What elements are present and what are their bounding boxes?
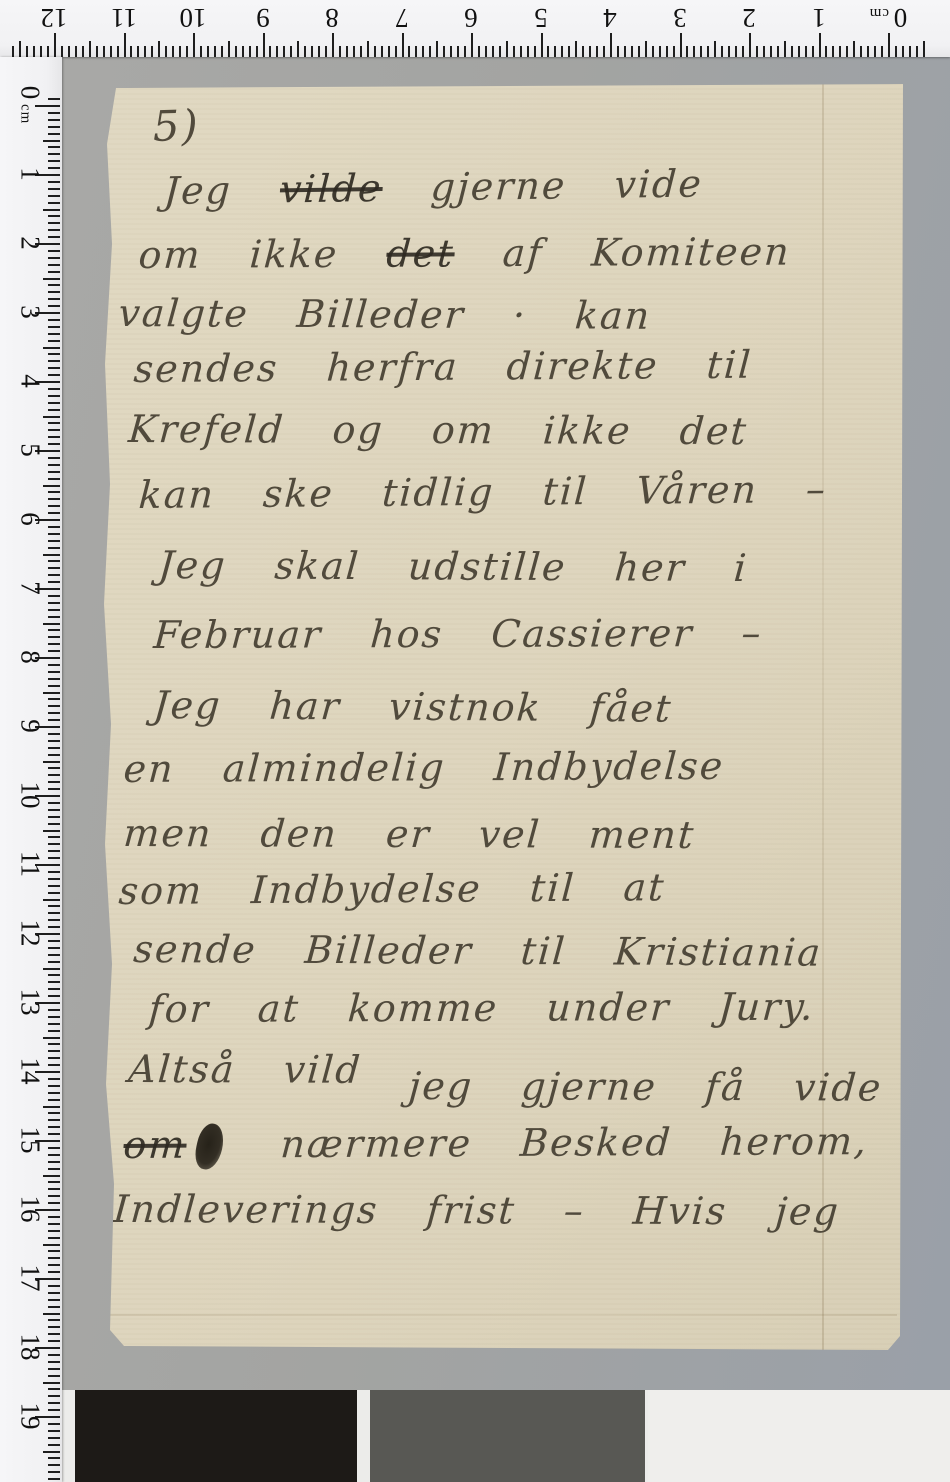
letter-text: for at komme under Jury.: [147, 985, 816, 1031]
ruler-tick: [311, 46, 313, 57]
ruler-tick: [48, 429, 60, 431]
ruler-tick: [48, 188, 60, 190]
ruler-tick: [582, 46, 584, 57]
ruler-number: 18: [15, 1334, 46, 1361]
ruler-tick: [48, 733, 60, 735]
ruler-tick: [48, 1464, 60, 1466]
ruler-tick: [165, 46, 167, 57]
ruler-tick: [770, 46, 772, 57]
ruler-tick: [325, 46, 327, 57]
ruler-tick: [48, 1237, 60, 1239]
ruler-tick: [596, 46, 598, 57]
ruler-tick: [48, 1147, 60, 1149]
ruler-tick: [48, 636, 60, 638]
ruler-number: 3: [673, 2, 687, 33]
ruler-tick: [48, 961, 60, 963]
ruler-tick: [276, 46, 278, 57]
ruler-tick: [763, 46, 765, 57]
ruler-tick: [48, 1264, 60, 1266]
calibration-strip: [62, 1390, 950, 1482]
letter-text: valgte Billeder · kan: [117, 291, 653, 338]
ruler-tick: [43, 692, 60, 694]
ruler-number: 12: [41, 2, 68, 33]
ruler-number: 2: [15, 236, 46, 250]
ruler-tick: [48, 326, 60, 328]
ruler-tick: [485, 46, 487, 57]
ruler-tick: [269, 46, 271, 57]
page-number: 5): [152, 104, 201, 148]
ruler-tick: [666, 46, 668, 57]
ruler-tick: [48, 1133, 60, 1135]
horizontal-fold-crease: [106, 1314, 897, 1316]
ruler-tick: [48, 1057, 60, 1059]
letter-text: Indleverings frist – Hvis jeg: [112, 1187, 842, 1234]
ruler-tick: [534, 46, 536, 57]
ruler-tick: [43, 968, 60, 970]
ruler-tick: [124, 33, 126, 57]
ruler-tick: [48, 422, 60, 424]
ruler-tick: [48, 153, 60, 155]
ruler-tick: [89, 41, 91, 57]
letter-text: sende Billeder til Kristiania: [132, 927, 824, 975]
ruler-tick: [48, 146, 60, 148]
ruler-tick: [339, 46, 341, 57]
ruler-tick: [110, 46, 112, 57]
ruler-tick: [48, 643, 60, 645]
ruler-tick: [48, 581, 60, 583]
ruler-tick: [48, 547, 60, 549]
ruler-tick: [48, 333, 60, 335]
ruler-tick: [888, 33, 890, 57]
ruler-tick: [82, 46, 84, 57]
ruler-tick: [48, 567, 60, 569]
ruler-tick: [346, 46, 348, 57]
letter-line: om ikke det af Komiteen: [138, 233, 792, 274]
ruler-tick: [48, 1257, 60, 1259]
ruler-tick: [48, 595, 60, 597]
ruler-number: 4: [603, 2, 617, 33]
ruler-tick: [48, 222, 60, 224]
ruler-tick: [48, 395, 60, 397]
ruler-tick: [693, 46, 695, 57]
ruler-tick: [902, 46, 904, 57]
ruler-tick: [48, 1202, 60, 1204]
ruler-tick: [48, 388, 60, 390]
ruler-tick: [48, 698, 60, 700]
ruler-tick: [48, 1368, 60, 1370]
ruler-tick: [48, 1292, 60, 1294]
ruler-tick: [43, 1382, 60, 1384]
ruler-tick: [235, 46, 237, 57]
ruler-tick: [207, 46, 209, 57]
ruler-tick: [48, 98, 60, 100]
ruler-tick: [48, 747, 60, 749]
ruler-number: 0 cm: [15, 86, 46, 125]
ruler-tick: [659, 46, 661, 57]
ruler-tick: [19, 41, 21, 57]
ruler-tick: [48, 250, 60, 252]
ruler-tick: [48, 353, 60, 355]
ruler-tick: [48, 540, 60, 542]
letter-text: sendes herfra direkte til: [132, 343, 753, 391]
ruler-number: 1: [812, 2, 826, 33]
ruler-tick: [48, 1009, 60, 1011]
ruler-tick: [48, 436, 60, 438]
ruler-tick: [48, 457, 60, 459]
ruler-tick: [48, 740, 60, 742]
letter-line: Februar hos Cassierer –: [152, 614, 763, 654]
ruler-tick: [43, 1244, 60, 1246]
ruler-number: 8: [15, 650, 46, 664]
ruler-tick: [48, 1181, 60, 1183]
ruler-tick: [48, 133, 60, 135]
ruler-tick: [48, 671, 60, 673]
ruler-tick: [429, 46, 431, 57]
ruler-tick: [48, 802, 60, 804]
ruler-tick: [48, 926, 60, 928]
ruler-tick: [402, 33, 404, 57]
ruler-tick: [686, 46, 688, 57]
ruler-tick: [48, 181, 60, 183]
ruler-tick: [707, 46, 709, 57]
ruler-tick: [48, 616, 60, 618]
ruler-tick: [48, 919, 60, 921]
letter-line: Jeg har vistnok fået: [152, 686, 674, 728]
ruler-tick: [61, 46, 63, 57]
ruler-tick: [48, 1188, 60, 1190]
ruler-tick: [26, 46, 28, 57]
ruler-tick: [48, 367, 60, 369]
ruler-tick: [48, 629, 60, 631]
ruler-tick: [360, 46, 362, 57]
ruler-tick: [48, 857, 60, 859]
ruler-tick: [68, 46, 70, 57]
ruler-tick: [48, 1285, 60, 1287]
ruler-tick: [48, 119, 60, 121]
ruler-tick: [48, 298, 60, 300]
ruler-tick: [48, 1478, 60, 1480]
ruler-tick: [492, 46, 494, 57]
letter-text: Altså vild: [127, 1047, 412, 1092]
ruler-number: 9: [256, 2, 270, 33]
ruler-tick: [846, 46, 848, 57]
ruler-tick: [48, 823, 60, 825]
ruler-number: 10: [180, 2, 207, 33]
ruler-tick: [130, 46, 132, 57]
letter-line: Jeg skal udstille her i: [157, 546, 749, 587]
ruler-tick: [756, 46, 758, 57]
ruler-tick: [48, 1216, 60, 1218]
ruler-tick: [48, 1430, 60, 1432]
ruler-number: 13: [15, 989, 46, 1016]
ruler-tick: [721, 46, 723, 57]
calibration-patch-dark-gray: [370, 1390, 645, 1482]
ruler-tick: [48, 1326, 60, 1328]
ruler-tick: [43, 1313, 60, 1315]
ruler-tick: [48, 1230, 60, 1232]
letter-line: Krefeld og om ikke det: [127, 410, 749, 450]
ruler-tick: [137, 46, 139, 57]
ruler-tick: [48, 1195, 60, 1197]
ruler-tick: [48, 816, 60, 818]
ruler-tick: [48, 947, 60, 949]
ruler-tick: [48, 878, 60, 880]
ruler-tick: [43, 761, 60, 763]
ruler-tick: [48, 1043, 60, 1045]
ruler-number: 11: [15, 851, 46, 877]
ruler-tick: [200, 46, 202, 57]
ruler-tick: [54, 33, 56, 57]
ruler-tick: [48, 236, 60, 238]
ruler-tick: [48, 291, 60, 293]
ruler-tick: [381, 46, 383, 57]
ruler-tick: [48, 257, 60, 259]
ruler-tick: [895, 46, 897, 57]
ruler-tick: [186, 46, 188, 57]
ruler-tick: [791, 46, 793, 57]
ruler-tick: [290, 46, 292, 57]
ruler-tick: [47, 46, 49, 57]
ruler-tick: [415, 46, 417, 57]
ruler-tick: [43, 1451, 60, 1453]
ruler-tick: [48, 478, 60, 480]
ruler-tick: [48, 988, 60, 990]
ruler-tick: [48, 788, 60, 790]
ruler-tick: [48, 284, 60, 286]
ruler-tick: [575, 41, 577, 57]
ruler-tick: [652, 46, 654, 57]
ruler-tick: [48, 1319, 60, 1321]
crossed-out-word: om: [122, 1123, 188, 1167]
ruler-tick: [909, 46, 911, 57]
ruler-tick: [12, 46, 14, 57]
ruler-tick: [43, 1037, 60, 1039]
ruler-tick: [48, 678, 60, 680]
ruler-tick: [916, 46, 918, 57]
ruler-number: 16: [15, 1196, 46, 1223]
ruler-tick: [832, 46, 834, 57]
ruler-tick: [179, 46, 181, 57]
ruler-tick: [48, 602, 60, 604]
ruler-tick: [48, 1388, 60, 1390]
ruler-tick: [48, 1402, 60, 1404]
ruler-tick: [43, 416, 60, 418]
ruler-tick: [48, 1078, 60, 1080]
ruler-tick: [48, 1271, 60, 1273]
ruler-tick: [249, 46, 251, 57]
letter-text: jeg gjerne få vide: [407, 1067, 884, 1107]
ruler-tick: [48, 126, 60, 128]
letter-line: sende Billeder til Kristiania: [132, 930, 823, 972]
letter-line: Jeg vilde gjerne vide: [163, 164, 704, 210]
ruler-tick: [48, 809, 60, 811]
ruler-number: 19: [15, 1403, 46, 1430]
ruler-tick: [48, 1050, 60, 1052]
ruler-tick: [48, 981, 60, 983]
ruler-tick: [464, 46, 466, 57]
ruler-tick: [48, 1112, 60, 1114]
letter-text: Februar hos Cassierer –: [152, 611, 764, 657]
ruler-tick: [867, 46, 869, 57]
ruler-tick: [48, 871, 60, 873]
ruler-tick: [450, 46, 452, 57]
ruler-tick: [374, 46, 376, 57]
ruler-tick: [527, 46, 529, 57]
ruler-tick: [680, 33, 682, 57]
ruler-tick: [353, 46, 355, 57]
ruler-tick: [554, 46, 556, 57]
ruler-tick: [478, 46, 480, 57]
ruler-tick: [332, 33, 334, 57]
ruler-tick: [798, 46, 800, 57]
letter-text: Krefeld og om ikke det: [127, 407, 750, 453]
ruler-tick: [43, 347, 60, 349]
ruler-tick: [117, 46, 119, 57]
ruler-tick: [283, 46, 285, 57]
ruler-tick: [297, 41, 299, 57]
ruler-tick: [43, 1106, 60, 1108]
ruler-tick: [43, 554, 60, 556]
ruler-tick: [784, 41, 786, 57]
ruler-number: 2: [742, 2, 756, 33]
ruler-tick: [638, 46, 640, 57]
ruler-tick: [48, 229, 60, 231]
ruler-tick: [541, 33, 543, 57]
letter-text: Jeg: [163, 167, 282, 213]
ruler-tick: [48, 1250, 60, 1252]
ruler-tick: [48, 215, 60, 217]
ruler-number: 8: [325, 2, 339, 33]
ruler-tick: [568, 46, 570, 57]
ruler-tick: [48, 160, 60, 162]
letter-line: om nærmere Besked herom,: [122, 1120, 870, 1170]
ruler-tick: [48, 1168, 60, 1170]
crossed-out-word: det: [385, 231, 456, 275]
ruler-tick: [48, 954, 60, 956]
ruler-tick: [43, 899, 60, 901]
ruler-tick: [43, 485, 60, 487]
ruler-tick: [48, 1437, 60, 1439]
ruler-tick: [48, 843, 60, 845]
ruler-tick: [714, 41, 716, 57]
ruler-tick: [48, 560, 60, 562]
ruler-tick: [812, 46, 814, 57]
ruler-tick: [263, 33, 265, 57]
ruler-number: 3: [15, 305, 46, 319]
letter-text: gjerne vide: [381, 161, 704, 210]
calibration-patch-white: [648, 1390, 950, 1482]
ruler-tick: [48, 1471, 60, 1473]
ruler-tick: [96, 46, 98, 57]
ruler-tick: [48, 402, 60, 404]
ruler-tick: [881, 46, 883, 57]
ruler-number: 6: [15, 512, 46, 526]
ruler-tick: [48, 464, 60, 466]
ruler-tick: [48, 1126, 60, 1128]
letter-line: Indleverings frist – Hvis jeg: [112, 1190, 841, 1231]
ruler-number: 0 cm: [869, 2, 908, 33]
ruler-tick: [48, 719, 60, 721]
ruler-tick: [48, 526, 60, 528]
top-ruler: 0 cm123456789101112: [0, 0, 950, 57]
ruler-tick: [48, 685, 60, 687]
ruler-tick: [617, 46, 619, 57]
letter-text: Jeg har vistnok fået: [152, 683, 674, 731]
ruler-tick: [193, 33, 195, 57]
ruler-tick: [839, 46, 841, 57]
ruler-tick: [48, 1457, 60, 1459]
ruler-tick: [40, 46, 42, 57]
ruler-tick: [48, 1333, 60, 1335]
ruler-tick: [48, 319, 60, 321]
ruler-tick: [48, 754, 60, 756]
calibration-patch-black: [75, 1390, 357, 1482]
letter-paper: 5) Jeg vilde gjerne videom ikke det af K…: [100, 84, 903, 1350]
ruler-tick: [242, 46, 244, 57]
letter-line: kan ske tidlig til Våren –: [138, 470, 829, 514]
ruler-tick: [172, 46, 174, 57]
ruler-tick: [853, 41, 855, 57]
ruler-tick: [43, 209, 60, 211]
ruler-tick: [48, 1361, 60, 1363]
ruler-tick: [48, 712, 60, 714]
ruler-tick: [75, 46, 77, 57]
ruler-tick: [48, 360, 60, 362]
ruler-tick: [48, 512, 60, 514]
ruler-tick: [214, 46, 216, 57]
ruler-tick: [547, 46, 549, 57]
ruler-number: 17: [15, 1265, 46, 1292]
ruler-tick: [221, 46, 223, 57]
ruler-tick: [48, 491, 60, 493]
ruler-number: 5: [15, 443, 46, 457]
letter-text: om ikke: [137, 232, 388, 277]
ruler-number: 7: [15, 581, 46, 595]
ruler-tick: [43, 1175, 60, 1177]
ruler-number: 14: [15, 1058, 46, 1085]
ruler-tick: [408, 46, 410, 57]
letter-line: sendes herfra direkte til: [133, 346, 754, 388]
ruler-tick: [43, 278, 60, 280]
ruler-tick: [48, 774, 60, 776]
ruler-number: 12: [15, 920, 46, 947]
ruler-tick: [48, 305, 60, 307]
ruler-tick: [48, 374, 60, 376]
letter-line: en almindelig Indbydelse: [123, 747, 726, 788]
ruler-tick: [603, 46, 605, 57]
ruler-tick: [48, 1423, 60, 1425]
ruler-tick: [48, 340, 60, 342]
ruler-tick: [436, 41, 438, 57]
letter-line: valgte Billeder · kan: [117, 294, 653, 335]
ruler-tick: [388, 46, 390, 57]
ruler-number: 5: [534, 2, 548, 33]
ruler-tick: [48, 1099, 60, 1101]
ruler-number: 9: [15, 719, 46, 733]
ruler-tick: [48, 1154, 60, 1156]
ruler-tick: [48, 1409, 60, 1411]
ruler-tick: [43, 140, 60, 142]
letter-text: men den er vel ment: [122, 811, 697, 857]
ruler-tick: [48, 974, 60, 976]
ruler-tick: [48, 1092, 60, 1094]
ruler-tick: [48, 202, 60, 204]
ruler-tick: [48, 1299, 60, 1301]
ruler-tick: [471, 33, 473, 57]
letter-text: en almindelig Indbydelse: [122, 744, 725, 791]
ruler-tick: [43, 623, 60, 625]
ruler-tick: [825, 46, 827, 57]
